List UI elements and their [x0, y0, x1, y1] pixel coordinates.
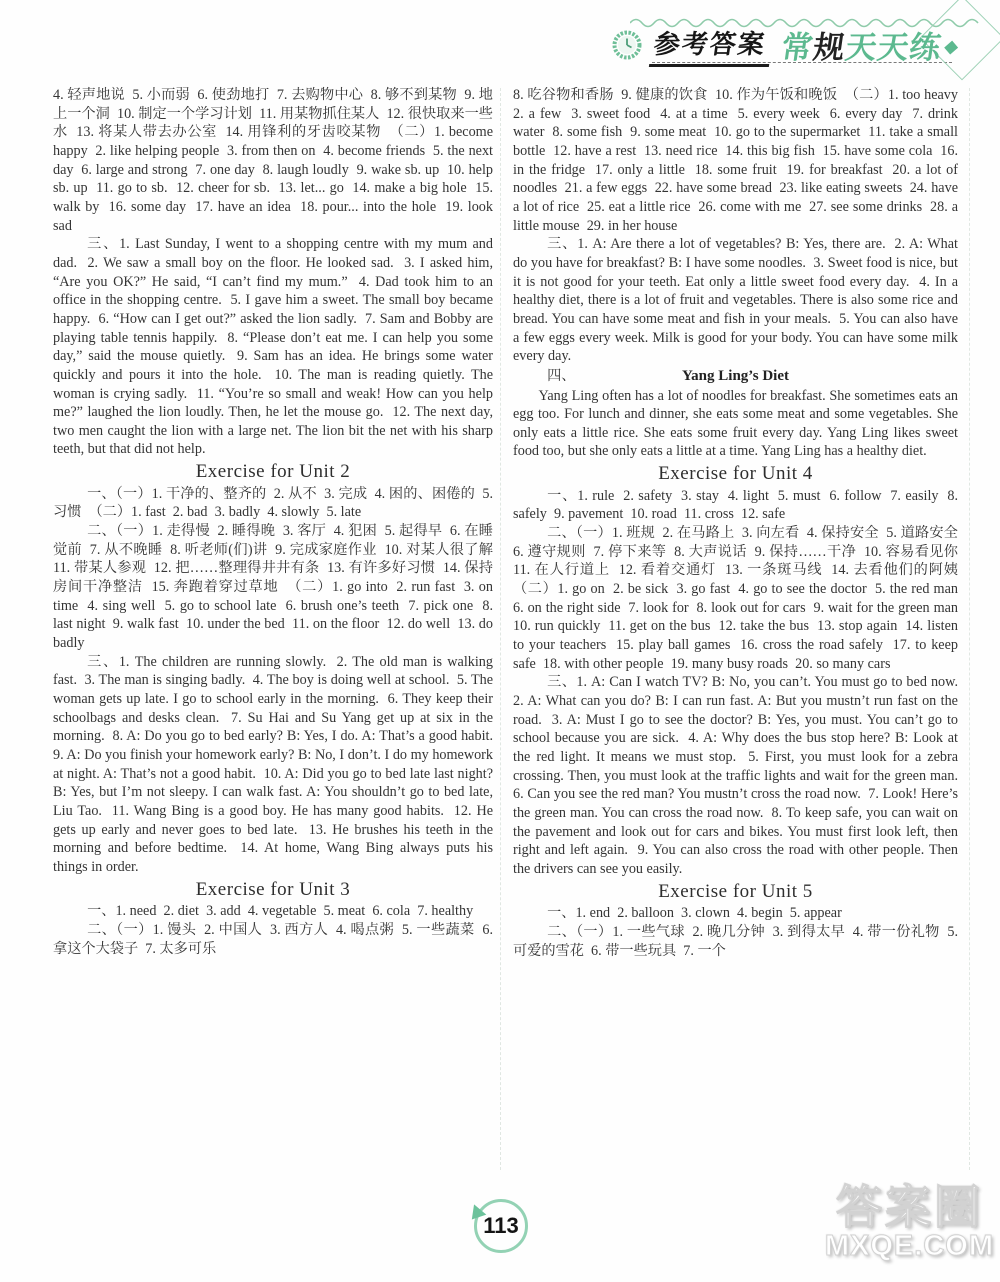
answer-paragraph: 一、1. need 2. diet 3. add 4. vegetable 5.… — [53, 902, 493, 921]
watermark: 答案圈 MXQE.COM — [825, 1183, 994, 1262]
brand-header: 参考答案 常规天天练◆ — [612, 6, 998, 78]
brand-title: 常规天天练◆ — [779, 22, 962, 67]
unit-heading: Exercise for Unit 4 — [513, 465, 958, 484]
column-divider — [500, 88, 501, 1170]
composition-title: Yang Ling’s Diet — [513, 367, 958, 386]
answer-paragraph: 三、1. A: Are there a lot of vegetables? B… — [513, 235, 958, 366]
unit-heading: Exercise for Unit 5 — [513, 883, 958, 902]
page-edge-divider — [969, 88, 970, 1170]
page-number-badge: 113 — [474, 1199, 528, 1253]
answer-paragraph: 一、1. rule 2. safety 3. stay 4. light 5. … — [513, 487, 958, 524]
unit-heading: Exercise for Unit 3 — [53, 881, 493, 900]
answer-paragraph: 三、1. The children are running slowly. 2.… — [53, 653, 493, 877]
answer-paragraph: 三、1. A: Can I watch TV? B: No, you can’t… — [513, 673, 958, 878]
answers-column-left: 4. 轻声地说 5. 小而弱 6. 使劲地打 7. 去购物中心 8. 够不到某物… — [53, 86, 493, 958]
answer-paragraph: 一、1. end 2. balloon 3. clown 4. begin 5.… — [513, 904, 958, 923]
clock-icon — [612, 30, 642, 60]
answer-paragraph: 8. 吃谷物和香肠 9. 健康的饮食 10. 作为午饭和晚饭 （二）1. too… — [513, 86, 958, 235]
watermark-logo-text: 答案圈 — [825, 1183, 994, 1231]
answer-paragraph: 二、（一）1. 走得慢 2. 睡得晚 3. 客厅 4. 犯困 5. 起得早 6.… — [53, 522, 493, 653]
answer-paragraph: 4. 轻声地说 5. 小而弱 6. 使劲地打 7. 去购物中心 8. 够不到某物… — [53, 86, 493, 235]
section-label: 四、 — [547, 367, 575, 386]
diamond-icon: ◆ — [943, 37, 960, 56]
answer-paragraph: Yang Ling often has a lot of noodles for… — [513, 387, 958, 462]
answer-paragraph: 二、（一）1. 馒头 2. 中国人 3. 西方人 4. 喝点粥 5. 一些蔬菜 … — [53, 921, 493, 958]
watermark-site-text: MXQE.COM — [825, 1231, 994, 1261]
unit-heading: Exercise for Unit 2 — [53, 463, 493, 482]
page-title: 参考答案 — [649, 22, 775, 67]
page-number: 113 — [483, 1213, 519, 1239]
answer-paragraph: 一、（一）1. 干净的、整齐的 2. 从不 3. 完成 4. 困的、困倦的 5.… — [53, 485, 493, 522]
answer-paragraph: 二、（一）1. 一些气球 2. 晚几分钟 3. 到得太早 4. 带一份礼物 5.… — [513, 923, 958, 960]
answer-paragraph: 二、（一）1. 班规 2. 在马路上 3. 向左看 4. 保持安全 5. 道路安… — [513, 524, 958, 673]
answer-paragraph: 三、1. Last Sunday, I went to a shopping c… — [53, 235, 493, 459]
answers-column-right: 8. 吃谷物和香肠 9. 健康的饮食 10. 作为午饭和晚饭 （二）1. too… — [513, 86, 958, 960]
diet-heading-row: 四、 Yang Ling’s Diet — [513, 367, 958, 386]
